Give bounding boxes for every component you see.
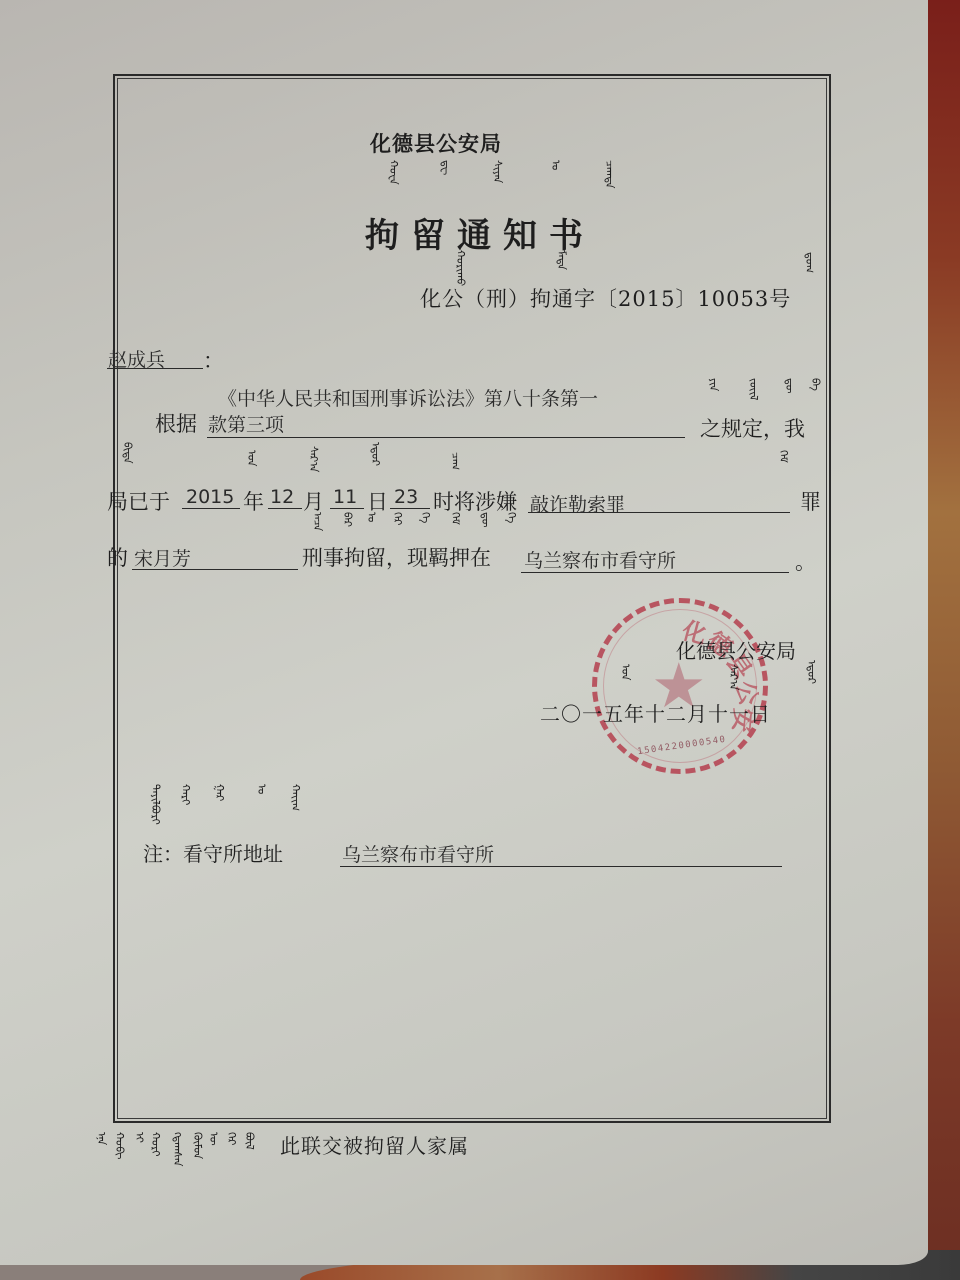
mongolian-script: ᠡᠳᠦᠷ: [806, 660, 816, 684]
mongolian-script: ᠰᠠᠷ᠎ᠠ: [728, 664, 738, 690]
line2-prefix: 局已于: [107, 486, 170, 516]
mongolian-script: ᠳ᠋ᠧ: [440, 160, 450, 175]
issuing-office: 化德县公安局: [370, 128, 502, 158]
mongolian-script: ᠪᠡ: [810, 378, 820, 391]
mongolian-script: ᠦ: [208, 1132, 218, 1146]
legal-basis-line2: 款第三项: [208, 410, 284, 437]
year-label: 年: [243, 486, 264, 516]
mongolian-script: ᠣᠨ: [246, 450, 256, 466]
background-fabric: [926, 0, 960, 1280]
day-underline: [330, 508, 364, 509]
mongolian-script: ᠳᠦ: [480, 512, 490, 528]
facility-address: 乌兰察布市看守所: [342, 840, 494, 867]
official-seal: ★ 化 德 县 公 安 1504220000540: [592, 598, 768, 774]
charge-suffix: 罪: [800, 486, 821, 516]
address-underline: [340, 866, 782, 867]
mongolian-script: ᠴᠠᠭᠳᠠ: [604, 160, 614, 188]
mongolian-script: ᠬᠤᠸᠠ: [388, 160, 398, 185]
detention-facility: 乌兰察布市看守所: [524, 546, 676, 573]
facility-underline: [521, 572, 789, 573]
mongolian-script: ᠬᠠᠶ᠋ᠢᠭ: [290, 784, 300, 811]
detainee-name: 宋月芳: [134, 544, 191, 571]
mongolian-script: ᠰᠠᠷ᠎ᠠ: [308, 446, 318, 472]
mongolian-script: ᠭᠡᠷ: [226, 1132, 236, 1145]
legal-basis-underline: [207, 437, 685, 438]
mongolian-script: ᠬᠡᠷ: [392, 512, 402, 525]
recipient-underline: [107, 368, 203, 369]
mongolian-script: ᠳᠦ: [784, 378, 794, 394]
mongolian-script: ᠬᠡ: [506, 512, 516, 523]
recipient-colon: ：: [203, 345, 224, 375]
mongolian-script: ᠤ: [256, 784, 266, 794]
note-label: 注：看守所地址: [143, 838, 283, 867]
mongolian-script: ᠰᠢᠶᠠᠨ: [492, 160, 502, 183]
arrest-day: 11: [333, 486, 357, 508]
legal-basis-suffix: 之规定，我: [700, 413, 805, 443]
line3-prefix: 的: [107, 542, 128, 572]
year-underline: [182, 508, 240, 509]
mongolian-script: ᠤ: [366, 512, 376, 522]
issue-date: 二〇一五年十二月十一日: [540, 698, 771, 727]
detainee-underline: [132, 569, 298, 570]
charge-underline: [528, 512, 790, 513]
copy-instruction: 此联交被拘留人家属: [280, 1130, 469, 1159]
legal-basis-prefix: 根据: [155, 408, 197, 438]
mongolian-script: ᠭᠡᠮ: [778, 450, 788, 463]
mongolian-script: ᠪᠢᠳᠡ: [122, 442, 132, 464]
mongolian-script: ᠭᠡ: [420, 512, 430, 523]
mongolian-script: ᠡᠨᠡ: [96, 1132, 106, 1145]
mongolian-script: ᠬᠣᠷᠢᠬᠤ: [455, 250, 465, 286]
mongolian-script: ᠪᠠᠷ: [342, 512, 352, 527]
mongolian-script: ᠡᠳᠦᠷ: [370, 442, 380, 466]
end-punctuation: 。: [795, 546, 816, 576]
mongolian-script: ᠭᠠᠷ: [214, 784, 224, 801]
mongolian-script: ᠪᠦᠯ: [244, 1132, 254, 1150]
mongolian-script: ᠴᠠᠭ: [450, 452, 460, 470]
mongolian-script: ᠣᠨ: [620, 664, 630, 680]
mongolian-script: ᠬᠤᠪᠢ: [114, 1132, 124, 1159]
mongolian-script: ᠢ: [134, 1132, 144, 1143]
legal-basis-line1: 《中华人民共和国刑事诉讼法》第八十条第一: [218, 384, 598, 411]
mongolian-script: ᠵᠦᠢᠯ: [748, 378, 758, 400]
hour-underline: [390, 508, 430, 509]
mongolian-script: ᠳ᠋ᠤᠭ: [804, 252, 814, 273]
mongolian-script: ᠭᠳᠠᠭᠰᠠᠨ: [172, 1132, 182, 1166]
mongolian-script: ᠭᠡᠮ: [450, 512, 460, 525]
mongolian-script: ᠬᠣᠷᠢ: [150, 1132, 160, 1156]
mongolian-script: ᠶᠢᠨ: [708, 378, 718, 391]
arrest-month: 12: [270, 486, 294, 508]
mongolian-script: ᠬᠠᠷᠢ: [180, 784, 190, 805]
mongolian-script: ᠲᠠᠶᠢᠯᠪᠤᠷᠢ: [150, 784, 160, 825]
issuer-name: 化德县公安局: [676, 635, 796, 664]
mongolian-script: ᠬᠦᠮᠦᠨ: [192, 1132, 202, 1159]
mongolian-script: ᠤ: [550, 160, 560, 170]
mongolian-script: ᠮᠡᠳᠡ: [556, 250, 566, 270]
document-number: 化公（刑）拘通字〔2015〕10053号: [420, 283, 791, 313]
mongolian-script: ᠠᠴᠠ: [312, 512, 322, 531]
arrest-year: 2015: [186, 486, 234, 508]
arrest-hour: 23: [394, 486, 418, 508]
detention-text: 刑事拘留，现羁押在: [302, 542, 491, 572]
month-underline: [268, 508, 302, 509]
detention-notice-paper: 化德县公安局 ᠬᠤᠸᠠ ᠳ᠋ᠧ ᠰᠢᠶᠠᠨ ᠤ ᠴᠠᠭᠳᠠ 拘留通知书 ᠬᠣᠷᠢ…: [0, 0, 928, 1265]
